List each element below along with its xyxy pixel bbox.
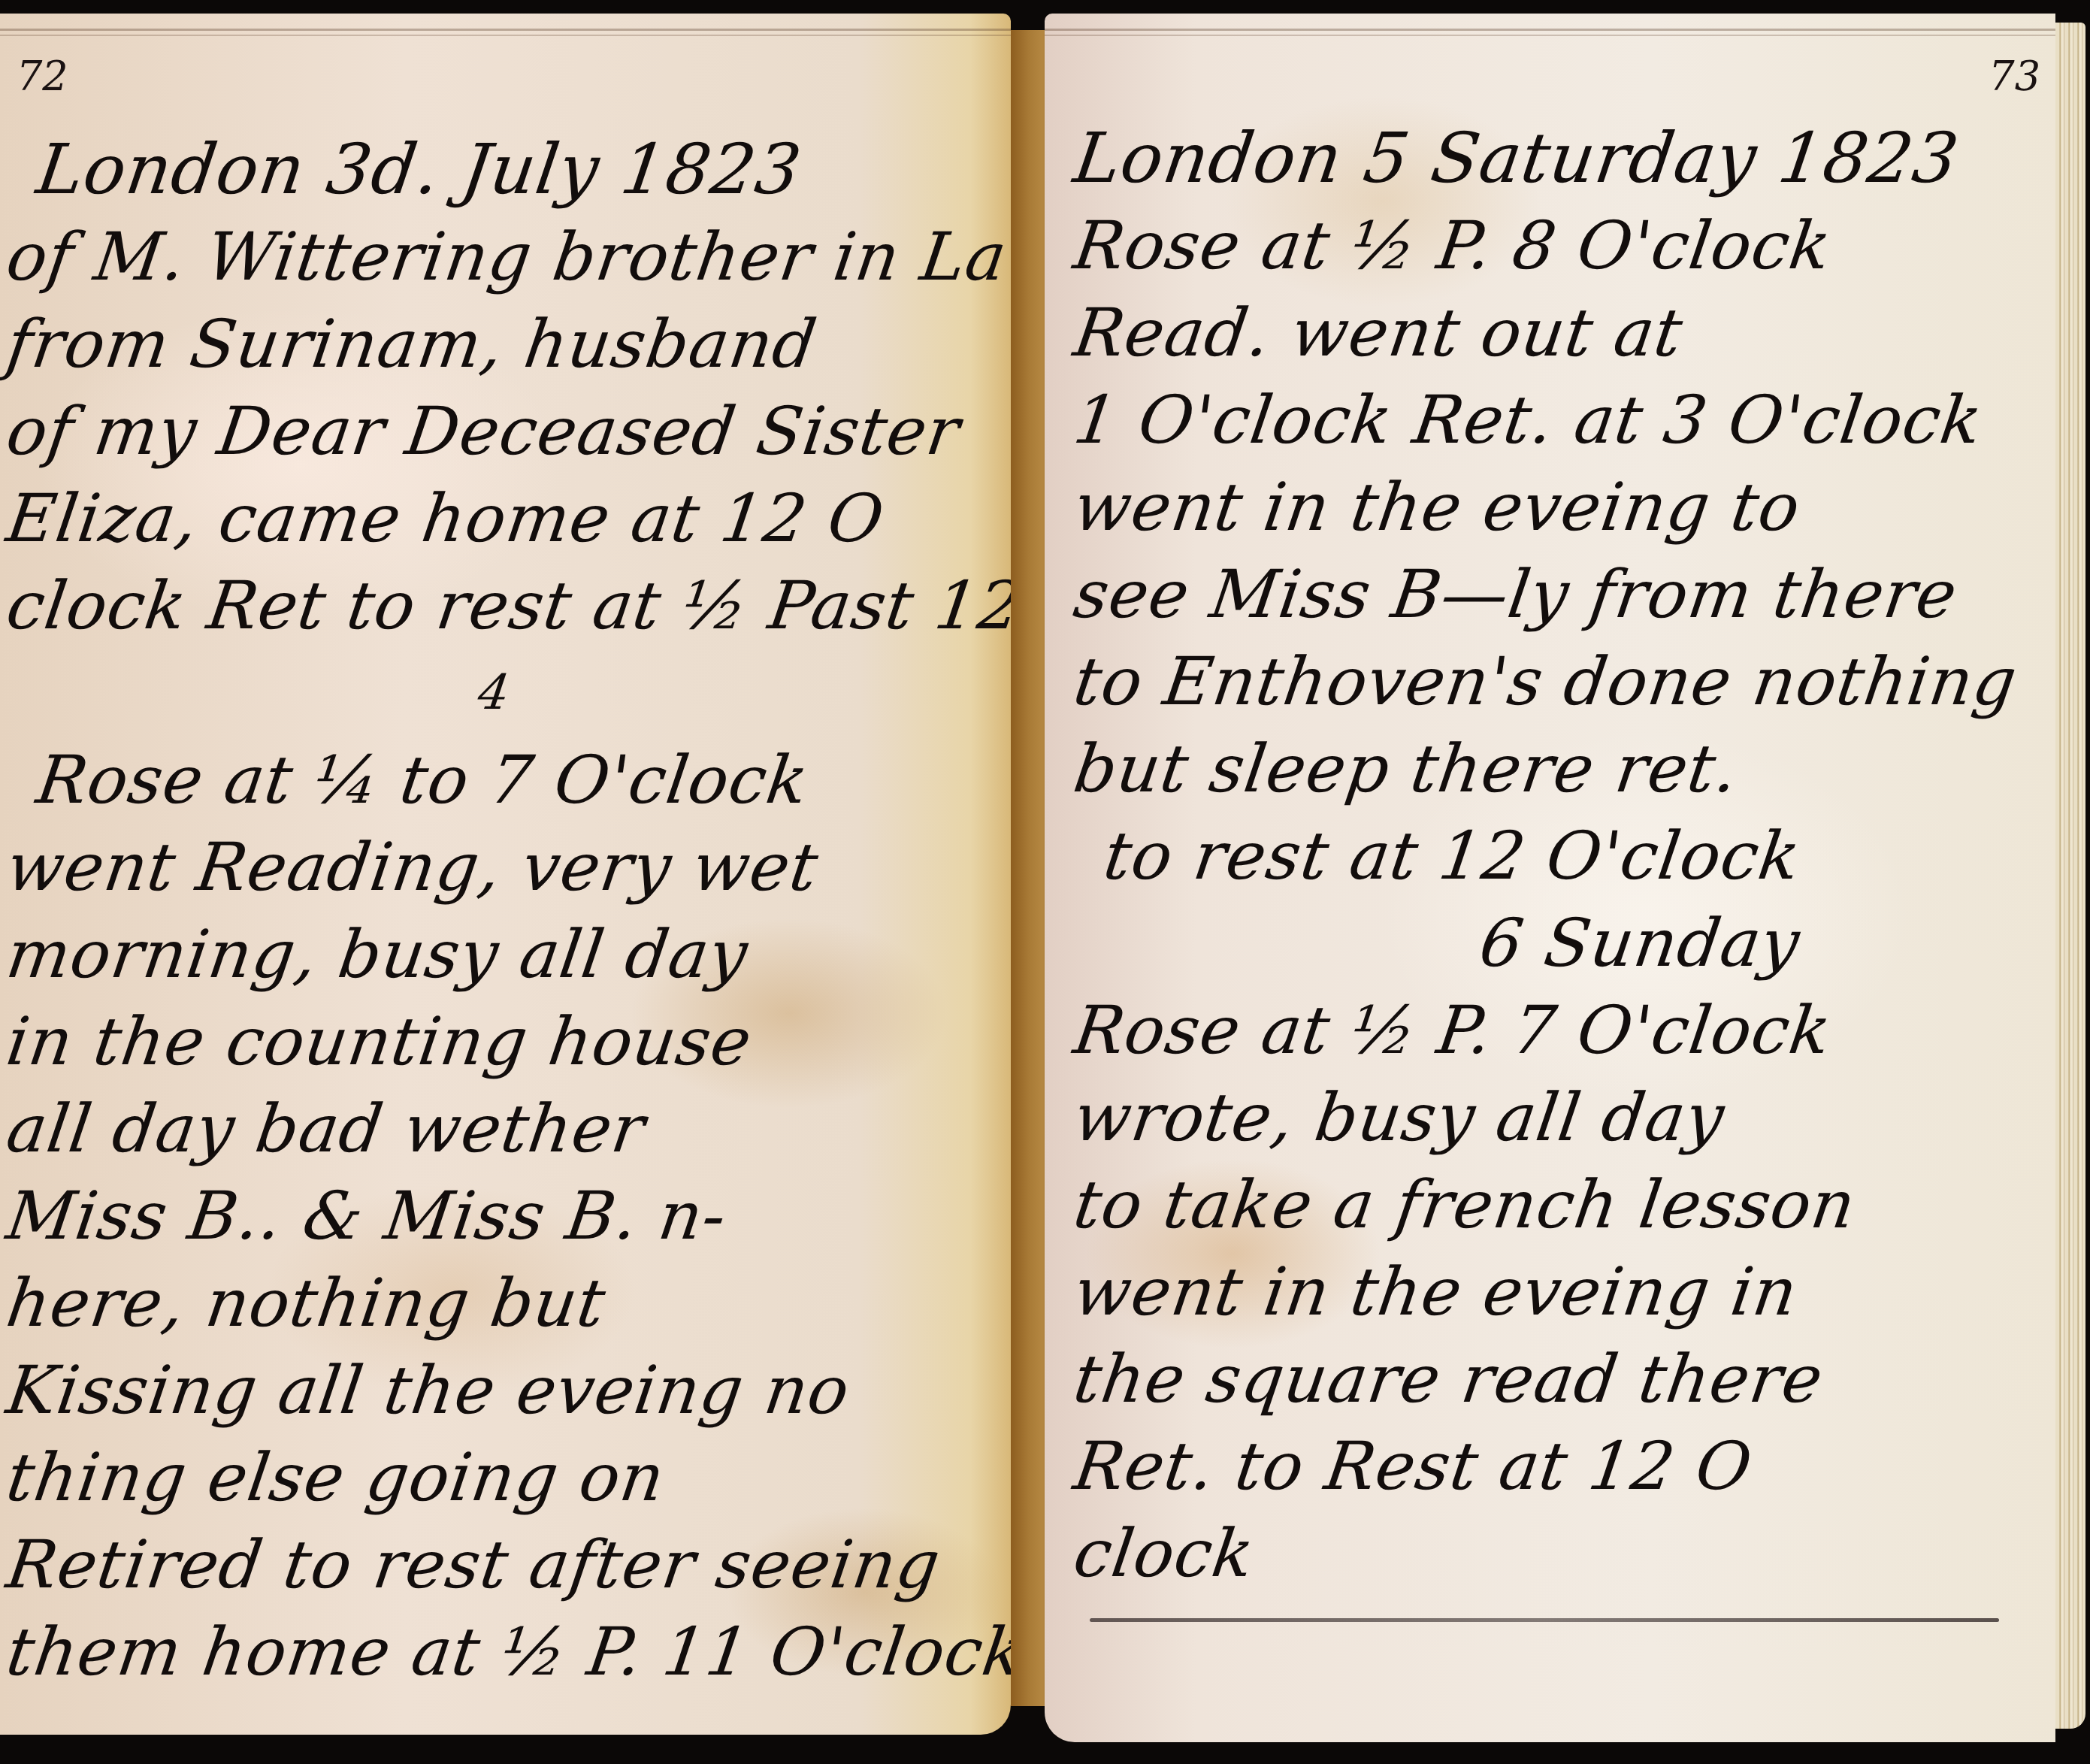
left-page-text: London 3d. July 1823 of M. Wittering bro…	[8, 126, 981, 1696]
entry-heading: London 3d. July 1823	[2, 126, 987, 213]
text-line: in the counting house	[2, 998, 987, 1085]
text-line: all day bad wether	[2, 1085, 987, 1172]
text-line: the square read there	[1069, 1336, 2031, 1423]
text-line: Rose at ½ P. 7 O'clock	[1069, 987, 2031, 1074]
page-top-edge-line	[1045, 35, 2055, 36]
text-line: 1 O'clock Ret. at 3 O'clock	[1069, 377, 2031, 464]
end-of-entry-rule	[1090, 1618, 1999, 1622]
text-line: Kissing all the eveing no	[2, 1347, 987, 1434]
text-line: thing else going on	[2, 1434, 987, 1521]
text-line: to Enthoven's done nothing	[1069, 638, 2031, 725]
day-number: 4	[2, 649, 987, 737]
text-line: see Miss B—ly from there	[1069, 551, 2031, 638]
text-line: clock	[1069, 1510, 2031, 1597]
text-line: of my Dear Deceased Sister	[2, 388, 987, 475]
text-line: morning, busy all day	[2, 911, 987, 998]
text-line: wrote, busy all day	[1069, 1074, 2031, 1161]
right-page-text: London 5 Saturday 1823 Rose at ½ P. 8 O'…	[1075, 115, 2025, 1597]
text-line: clock Ret to rest at ½ Past 12	[2, 562, 987, 649]
text-line: went in the eveing to	[1069, 464, 2031, 551]
text-line: Miss B.. & Miss B. n-	[2, 1172, 987, 1260]
text-line: Rose at ¼ to 7 O'clock	[2, 737, 987, 824]
right-page: 73 London 5 Saturday 1823 Rose at ½ P. 8…	[1045, 14, 2055, 1742]
text-line: of M. Wittering brother in Law	[2, 213, 987, 301]
left-page: 72 London 3d. July 1823 of M. Wittering …	[0, 14, 1011, 1735]
page-number-right: 73	[1989, 53, 2040, 100]
page-number-left: 72	[17, 53, 68, 100]
page-top-edge-line	[0, 35, 1011, 36]
text-line: to rest at 12 O'clock	[1069, 812, 2031, 900]
day-heading: 6 Sunday	[1069, 900, 2031, 987]
text-line: them home at ½ P. 11 O'clock	[2, 1608, 987, 1696]
text-line: went Reading, very wet	[2, 824, 987, 911]
page-top-edge	[0, 29, 1011, 31]
text-line: here, nothing but	[2, 1260, 987, 1347]
page-edges	[2055, 23, 2085, 1729]
text-line: Ret. to Rest at 12 O	[1069, 1423, 2031, 1510]
open-diary: 72 London 3d. July 1823 of M. Wittering …	[0, 0, 2090, 1764]
text-line: went in the eveing in	[1069, 1248, 2031, 1336]
text-line: from Surinam, husband	[2, 301, 987, 388]
text-line: Eliza, came home at 12 O	[2, 475, 987, 562]
page-top-edge	[1045, 29, 2055, 31]
text-line: Rose at ½ P. 8 O'clock	[1069, 202, 2031, 289]
text-line: Retired to rest after seeing	[2, 1521, 987, 1608]
entry-heading: London 5 Saturday 1823	[1069, 115, 2031, 202]
text-line: to take a french lesson	[1069, 1161, 2031, 1248]
text-line: but sleep there ret.	[1069, 725, 2031, 812]
text-line: Read. went out at	[1069, 289, 2031, 377]
